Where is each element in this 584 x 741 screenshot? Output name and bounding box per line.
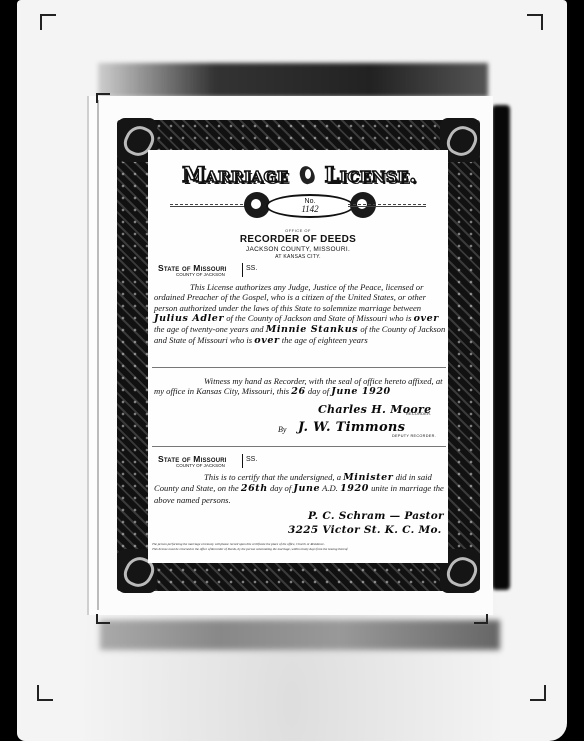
shadow-bottom: [100, 620, 500, 650]
title-marriage: Marriage: [182, 162, 289, 187]
crop-mark-bottom-right: [530, 685, 546, 701]
card-mark-bottom-right: [474, 614, 488, 624]
marriage-month: June: [293, 483, 320, 494]
county-name: JACKSON COUNTY, MISSOURI.: [148, 246, 448, 253]
by-label: By: [278, 425, 286, 434]
license-text: of the County of Jackson and State of Mi…: [226, 313, 411, 323]
marriage-day: 26th: [241, 483, 268, 494]
license-body: Marriage License. No. 1142 OFFICE OF REC…: [148, 150, 448, 563]
deputy-signature: J. W. Timmons: [298, 420, 405, 435]
crop-mark-bottom-left: [37, 685, 53, 701]
license-text: the age of twenty-one years and: [154, 324, 264, 334]
license-number-value: 1142: [301, 205, 318, 214]
card-mark-top-left: [96, 93, 110, 103]
section-divider: [152, 446, 446, 447]
shadow-top: [98, 63, 488, 97]
county-label: COUNTY OF JACKSON: [176, 463, 227, 468]
paper-edge: [97, 100, 99, 610]
scroll-flourish: No. 1142: [160, 190, 436, 220]
flower-icon: [296, 164, 318, 186]
office-of-label: OFFICE OF: [148, 228, 448, 233]
certificate-text: This is to certify that the undersigned,…: [204, 472, 341, 482]
license-title: Marriage License.: [182, 162, 417, 187]
license-text: This License authorizes any Judge, Justi…: [154, 282, 426, 313]
witness-paragraph: Witness my hand as Recorder, with the se…: [154, 376, 446, 398]
shadow-right: [492, 105, 510, 590]
city-name: AT KANSAS CITY.: [148, 254, 448, 260]
license-text: the age of eighteen years: [282, 335, 368, 345]
deputy-caption: DEPUTY RECORDER.: [392, 434, 436, 438]
ss-label: SS.: [246, 265, 257, 272]
marriage-year: 1920: [340, 483, 369, 494]
fine-print-line: This license must be returned to the off…: [152, 547, 444, 552]
flourish-left-icon: [170, 204, 248, 207]
recorder-caption: RECORDER.: [406, 412, 431, 416]
groom-age: over: [414, 313, 439, 324]
issue-month-year: June 1920: [331, 386, 391, 397]
license-number-oval: No. 1142: [266, 194, 354, 218]
issue-day: 26: [291, 386, 305, 397]
certificate-text: A.D.: [322, 483, 338, 493]
witness-text: day of: [308, 386, 329, 396]
office-name: RECORDER OF DEEDS: [148, 234, 448, 245]
title-license: License.: [325, 162, 417, 187]
card-mark-bottom-left: [96, 614, 110, 624]
groom-name: Julius Adler: [154, 313, 224, 324]
license-paragraph: This License authorizes any Judge, Justi…: [154, 282, 446, 347]
flourish-right-icon: [348, 204, 426, 207]
certificate-text: day of: [270, 483, 291, 493]
crop-mark-top-left: [40, 14, 56, 30]
crop-mark-top-right: [527, 14, 543, 30]
venue-block-certificate: State of Missouri COUNTY OF JACKSON SS.: [158, 454, 227, 468]
bride-name: Minnie Stankus: [266, 324, 358, 335]
venue-block-license: State of Missouri COUNTY OF JACKSON SS.: [158, 263, 227, 277]
officiant-signature: P. C. Schram — Pastor: [308, 510, 444, 522]
section-divider: [152, 367, 446, 368]
fine-print-line: The person performing the marriage cerem…: [152, 542, 444, 547]
ss-label: SS.: [246, 456, 257, 463]
officiant-title: Minister: [343, 472, 393, 483]
bride-age: over: [254, 335, 279, 346]
officiant-address: 3225 Victor St. K. C. Mo.: [288, 524, 442, 536]
county-label: COUNTY OF JACKSON: [176, 272, 227, 277]
certificate-paragraph: This is to certify that the undersigned,…: [154, 472, 446, 505]
